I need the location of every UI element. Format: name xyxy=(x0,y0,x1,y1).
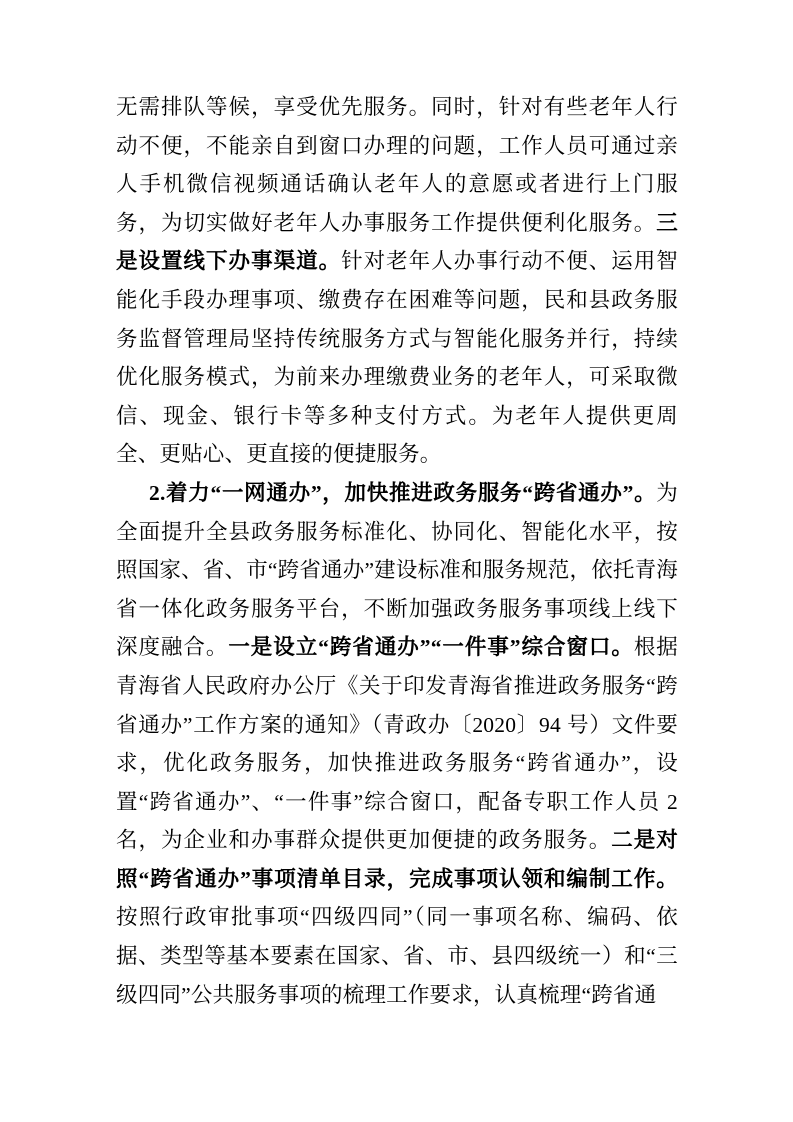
paragraph: 2.着力“一网通办”，加快推进政务服务“跨省通办”。为全面提升全县政务服务标准化… xyxy=(116,474,678,1014)
text-run: 按照行政审批事项“四级四同”（同一事项名称、编码、依据、类型等基本要素在国家、省… xyxy=(116,905,678,1006)
text-run: 针对老年人办事行动不便、运用智能化手段办理事项、缴费存在困难等问题，民和县政务服… xyxy=(116,249,678,466)
document-body: 无需排队等候，享受优先服务。同时，针对有些老年人行动不便，不能亲自到窗口办理的问… xyxy=(116,88,678,1014)
bold-text-run: 2.着力“一网通办”，加快推进政务服务“跨省通办”。 xyxy=(149,481,656,505)
document-page: 无需排队等候，享受优先服务。同时，针对有些老年人行动不便，不能亲自到窗口办理的问… xyxy=(0,0,793,1122)
text-run: 无需排队等候，享受优先服务。同时，针对有些老年人行动不便，不能亲自到窗口办理的问… xyxy=(116,95,678,235)
paragraph: 无需排队等候，享受优先服务。同时，针对有些老年人行动不便，不能亲自到窗口办理的问… xyxy=(116,88,678,474)
text-run: 为全面提升全县政务服务标准化、协同化、智能化水平，按照国家、省、市“跨省通办”建… xyxy=(116,481,678,659)
bold-text-run: 一是设立“跨省通办”“一件事”综合窗口。 xyxy=(228,635,634,659)
text-run: 根据青海省人民政府办公厅《关于印发青海省推进政务服务“跨省通办”工作方案的通知》… xyxy=(116,635,678,852)
